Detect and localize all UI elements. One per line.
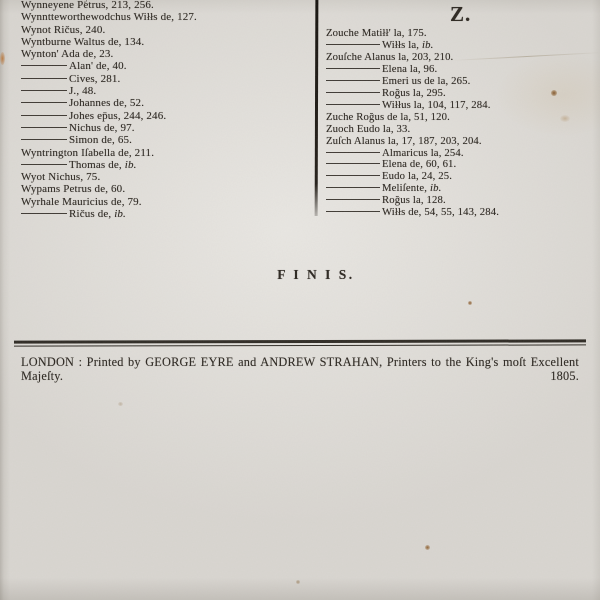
entry-text: J., 48. xyxy=(69,85,96,97)
entry-text: Wyntrington Iſabella de, 211. xyxy=(21,147,154,159)
dash-leader xyxy=(326,163,380,164)
index-entry: Wyntrington Iſabella de, 211. xyxy=(21,147,317,159)
entry-text: Zuche Roğus de la, 51, 120. xyxy=(326,111,450,123)
dash-leader xyxy=(21,78,67,79)
index-entry: Johes ep̄us, 244, 246. xyxy=(21,110,317,122)
entry-ref-italic: ib. xyxy=(422,39,433,51)
colophon-imprint-line: LONDON : Printed by GEORGE EYRE and ANDR… xyxy=(0,355,600,383)
dash-leader xyxy=(326,80,380,81)
paper-stain xyxy=(118,402,123,406)
entry-text: Simon de, 65. xyxy=(69,134,132,146)
entry-text: Thomas de, xyxy=(69,159,125,171)
entry-ref-italic: ib. xyxy=(430,182,441,194)
entry-text: Eudo la, 24, 25. xyxy=(382,170,452,182)
entry-text: Elena de, 60, 61. xyxy=(382,158,456,170)
entry-text: Wypams Petrus de, 60. xyxy=(21,183,125,195)
index-column-left: Wynneyene Petrus, 213, 256.Wynntteworthe… xyxy=(21,0,317,220)
dash-leader xyxy=(326,68,380,69)
index-column-right: Zouche Matiłł' la, 175.Wiłłs la, ib.Zouſ… xyxy=(326,28,594,219)
entry-text: Zuoch Eudo la, 33. xyxy=(326,123,410,135)
entry-text: Wynton' Ada de, 23. xyxy=(21,48,113,60)
index-entry: Zouche Matiłł' la, 175. xyxy=(326,28,594,40)
index-entry: Almaricus la, 254. xyxy=(326,148,594,160)
index-entry: Alan' de, 40. xyxy=(21,60,317,72)
index-entry: Wiłłs de, 54, 55, 143, 284. xyxy=(326,207,594,219)
entry-text: Wynot Ričus, 240. xyxy=(21,24,105,36)
entry-text: Almaricus la, 254. xyxy=(382,147,464,159)
entry-text: Alan' de, 40. xyxy=(69,60,127,72)
index-entry: Wynot Ričus, 240. xyxy=(21,24,317,36)
entry-text: Roğus la, 295. xyxy=(382,87,446,99)
entry-text: Roğus la, 128. xyxy=(382,194,446,206)
dash-leader xyxy=(21,65,67,66)
book-page-scan: Wynt Wynneyene Petrus, 213, 256.Wynnttew… xyxy=(0,0,600,600)
paper-stain xyxy=(468,301,472,305)
entry-text: Johes ep̄us, 244, 246. xyxy=(69,110,166,122)
entry-text: Wynntteworthewodchus Wiłłs de, 127. xyxy=(21,11,197,23)
entry-text: Zouſche Alanus la, 203, 210. xyxy=(326,51,453,63)
dash-leader xyxy=(326,92,380,93)
entry-text: Wynneyene Petrus, 213, 256. xyxy=(21,0,154,11)
entry-ref-italic: ib. xyxy=(125,159,137,171)
entry-text: Elena la, 96. xyxy=(382,63,437,75)
index-entry: Elena de, 60, 61. xyxy=(326,159,594,171)
entry-text: Zuſch Alanus la, 17, 187, 203, 204. xyxy=(326,135,482,147)
section-letter-heading: Z. xyxy=(450,2,490,27)
index-entry: J., 48. xyxy=(21,85,317,97)
entry-text: Zouche Matiłł' la, 175. xyxy=(326,27,427,39)
index-entry: Eudo la, 24, 25. xyxy=(326,171,594,183)
left-edge-mark xyxy=(0,52,5,65)
column-divider-rule xyxy=(315,0,318,216)
dash-leader xyxy=(326,187,380,188)
index-entry: Simon de, 65. xyxy=(21,134,317,146)
entry-text: Wyntburne Waltus de, 134. xyxy=(21,36,144,48)
dash-leader xyxy=(21,213,67,214)
dash-leader xyxy=(326,44,380,45)
entry-text: Nichus de, 97. xyxy=(69,122,135,134)
index-entry: Thomas de, ib. xyxy=(21,159,317,171)
dash-leader xyxy=(326,211,380,212)
entry-text: Meliſente, xyxy=(382,182,430,194)
paper-stain xyxy=(425,545,430,550)
dash-leader xyxy=(326,104,380,105)
index-entry: Wyntburne Waltus de, 134. xyxy=(21,36,317,48)
entry-text: Wiłłs la, xyxy=(382,39,422,51)
dash-leader xyxy=(21,139,67,140)
dash-leader xyxy=(326,175,380,176)
entry-ref-italic: ib. xyxy=(114,208,126,220)
index-entry: Ričus de, ib. xyxy=(21,208,317,220)
entry-text: Cives, 281. xyxy=(69,73,120,85)
dash-leader xyxy=(21,90,67,91)
colophon-double-rule xyxy=(14,339,586,346)
dash-leader xyxy=(21,127,67,128)
entry-text: Ričus de, xyxy=(69,208,114,220)
entry-text: Wyrhale Mauricius de, 79. xyxy=(21,196,142,208)
finis-text: F I N I S. xyxy=(16,267,600,283)
index-entry: Cives, 281. xyxy=(21,73,317,85)
paper-stain xyxy=(296,580,300,584)
entry-text: Johannes de, 52. xyxy=(69,97,144,109)
entry-text: Wyot Nichus, 75. xyxy=(21,171,100,183)
index-entry: Wyrhale Mauricius de, 79. xyxy=(21,196,317,208)
dash-leader xyxy=(326,199,380,200)
entry-text: Emeri us de la, 265. xyxy=(382,75,470,87)
index-entry: Wynneyene Petrus, 213, 256. xyxy=(21,0,317,11)
index-entry: Emeri us de la, 265. xyxy=(326,76,594,88)
dash-leader xyxy=(21,102,67,103)
dash-leader xyxy=(21,164,67,165)
entry-text: Wiłłs de, 54, 55, 143, 284. xyxy=(382,206,499,218)
entry-text: Wiłłus la, 104, 117, 284. xyxy=(382,99,491,111)
index-entry: Wypams Petrus de, 60. xyxy=(21,183,317,195)
index-entry: Johannes de, 52. xyxy=(21,97,317,109)
index-entry: Wynton' Ada de, 23. xyxy=(21,48,317,60)
index-entry: Meliſente, ib. xyxy=(326,183,594,195)
index-entry: Wynntteworthewodchus Wiłłs de, 127. xyxy=(21,11,317,23)
dash-leader xyxy=(326,152,380,153)
index-entry: Wyot Nichus, 75. xyxy=(21,171,317,183)
dash-leader xyxy=(21,115,67,116)
index-entry: Nichus de, 97. xyxy=(21,122,317,134)
